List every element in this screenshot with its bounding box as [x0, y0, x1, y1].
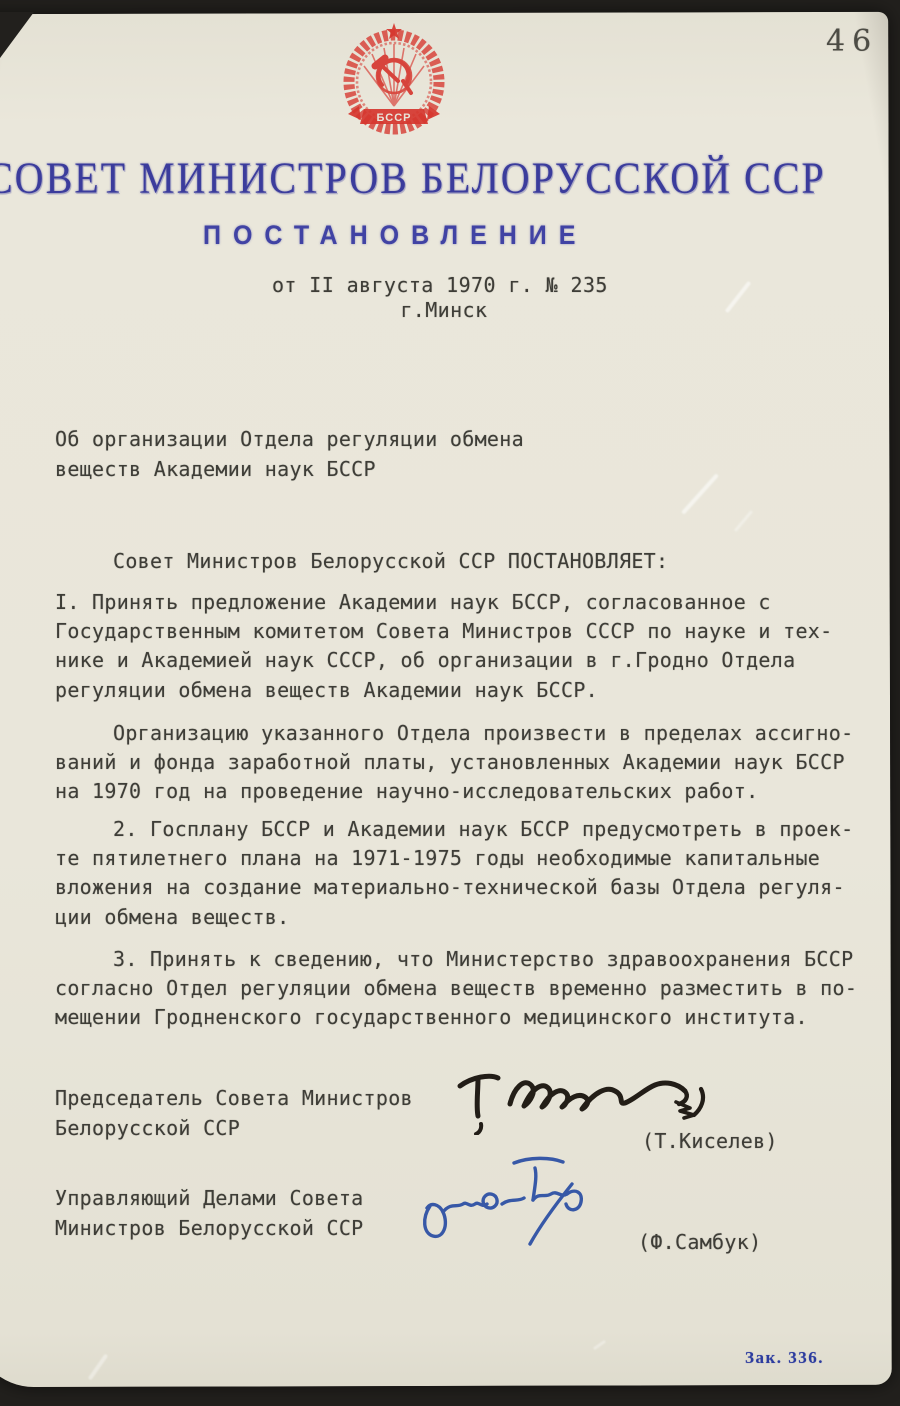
signature-title-line: Управляющий Делами Совета	[55, 1183, 364, 1213]
body-line: I. Принять предложение Академии наук БСС…	[55, 588, 832, 617]
bssr-coat-of-arms-stamp: БССР	[330, 22, 458, 136]
paragraph-4: 3. Принять к сведению, что Министерство …	[55, 945, 857, 1033]
paragraph-2: Организацию указанного Отдела произвести…	[55, 719, 853, 807]
signature-1-title: Председатель Совета Министров Белорусско…	[55, 1083, 413, 1143]
body-line: нике и Академией наук СССР, об организац…	[55, 646, 832, 675]
body-line: 3. Принять к сведению, что Министерство …	[55, 945, 857, 974]
emblem-ribbon-label: БССР	[377, 112, 412, 124]
body-line: Организацию указанного Отдела произвести…	[55, 719, 853, 748]
kiselev-autograph	[448, 1050, 718, 1135]
body-line: те пятилетнего плана на 1971-1975 годы н…	[55, 844, 853, 873]
signature-title-line: Министров Белорусской ССР	[55, 1213, 364, 1243]
doc-type-title: ПОСТАНОВЛЕНИЕ	[203, 220, 587, 251]
signature-title-line: Председатель Совета Министров	[55, 1083, 413, 1113]
paragraph-3: 2. Госплану БССР и Академии наук БССР пр…	[55, 815, 853, 932]
body-line: ции обмена веществ.	[55, 903, 853, 932]
subject-block: Об организации Отдела регуляции обмена в…	[55, 424, 524, 484]
body-line: Государственным комитетом Совета Министр…	[55, 617, 832, 646]
subject-line: Об организации Отдела регуляции обмена	[55, 424, 524, 454]
date-number-line: от II августа 1970 г. № 235	[272, 273, 608, 297]
signature-title-line: Белорусской ССР	[55, 1113, 413, 1143]
body-line: согласно Отдел регуляции обмена веществ …	[55, 974, 857, 1003]
scanned-document: БССР 46 СОВЕТ МИНИСТРОВ БЕЛОРУССКОЙ ССР …	[0, 0, 900, 1406]
place-line: г.Минск	[400, 298, 487, 322]
body-line: регуляции обмена веществ Академии наук Б…	[55, 676, 832, 705]
subject-line: веществ Академии наук БССР	[55, 454, 524, 484]
resolution-intro: Совет Министров Белорусской ССР ПОСТАНОВ…	[113, 549, 668, 573]
print-order-number: Зак. 336.	[745, 1348, 824, 1368]
paragraph-1: I. Принять предложение Академии наук БСС…	[55, 588, 832, 705]
page-number: 46	[826, 24, 878, 59]
body-line: на 1970 год на проведение научно-исследо…	[55, 777, 853, 806]
body-line: вложения на создание материально-техниче…	[55, 873, 853, 902]
signature-1-name: (Т.Киселев)	[642, 1129, 778, 1153]
body-line: мещении Гродненского государственного ме…	[55, 1003, 857, 1032]
body-line: ваний и фонда заработной платы, установл…	[55, 748, 853, 777]
body-line: 2. Госплану БССР и Академии наук БССР пр…	[55, 815, 853, 844]
signature-2-title: Управляющий Делами Совета Министров Бело…	[55, 1183, 364, 1243]
org-title: СОВЕТ МИНИСТРОВ БЕЛОРУССКОЙ ССР	[0, 152, 826, 204]
sambuk-autograph	[412, 1146, 627, 1251]
signature-2-name: (Ф.Самбук)	[638, 1230, 761, 1254]
